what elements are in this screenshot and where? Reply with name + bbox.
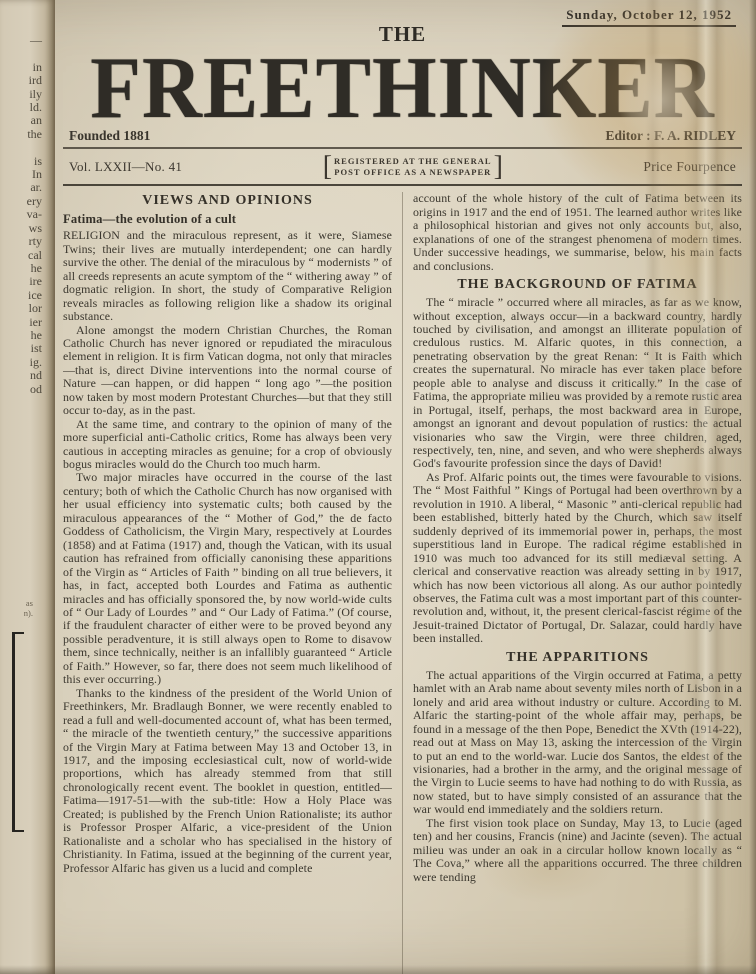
bracket-close: ] bbox=[494, 156, 503, 178]
margin-text-fragments-lower: as n). bbox=[5, 598, 33, 618]
masthead-title: FREETHINKER bbox=[63, 45, 742, 131]
issue-date: Sunday, October 12, 1952 bbox=[562, 7, 736, 27]
volume-number: Vol. LXXII—No. 41 bbox=[69, 159, 182, 175]
article-columns: VIEWS AND OPINIONS Fatima—the evolution … bbox=[63, 186, 742, 974]
volume-price-row: Vol. LXXII—No. 41 [ REGISTERED AT THE GE… bbox=[63, 149, 742, 184]
page-content: Sunday, October 12, 1952 THE FREETHINKER… bbox=[55, 0, 756, 974]
price-label: Price Fourpence bbox=[643, 159, 736, 175]
registration-line-1: REGISTERED AT THE GENERAL bbox=[334, 156, 492, 167]
paragraph: Thanks to the kindness of the president … bbox=[63, 687, 392, 875]
margin-text-fragments: — in ird ily ld. an the is In ar. ery va… bbox=[4, 34, 42, 396]
paragraph: The “ miracle ” occurred where all mirac… bbox=[413, 296, 742, 471]
margin-bracket-mark bbox=[12, 632, 24, 832]
header-rule-top bbox=[63, 147, 742, 149]
binding-margin: — in ird ily ld. an the is In ar. ery va… bbox=[0, 0, 55, 974]
paragraph: The first vision took place on Sunday, M… bbox=[413, 817, 742, 884]
column-right: account of the whole history of the cult… bbox=[403, 192, 742, 974]
paragraph: Alone amongst the modern Christian Churc… bbox=[63, 324, 392, 418]
section-heading-background: THE BACKGROUND OF FATIMA bbox=[413, 277, 742, 293]
paragraph: Two major miracles have occurred in the … bbox=[63, 471, 392, 686]
registration-line-2: POST OFFICE AS A NEWSPAPER bbox=[334, 167, 492, 178]
column-left: VIEWS AND OPINIONS Fatima—the evolution … bbox=[63, 192, 403, 974]
article-subheading: Fatima—the evolution of a cult bbox=[63, 212, 392, 227]
paragraph: account of the whole history of the cult… bbox=[413, 192, 742, 273]
paragraph: The actual apparitions of the Virgin occ… bbox=[413, 669, 742, 817]
registration-text: REGISTERED AT THE GENERAL POST OFFICE AS… bbox=[334, 156, 492, 178]
section-heading-apparitions: THE APPARITIONS bbox=[413, 650, 742, 666]
newspaper-page: — in ird ily ld. an the is In ar. ery va… bbox=[0, 0, 756, 974]
paragraph: RELIGION and the miraculous represent, a… bbox=[63, 229, 392, 323]
paragraph: As Prof. Alfaric points out, the times w… bbox=[413, 471, 742, 646]
header-rule-bottom bbox=[63, 184, 742, 186]
bracket-open: [ bbox=[323, 156, 332, 178]
registration-box: [ REGISTERED AT THE GENERAL POST OFFICE … bbox=[323, 156, 503, 178]
paragraph: At the same time, and contrary to the op… bbox=[63, 418, 392, 472]
section-heading-views: VIEWS AND OPINIONS bbox=[63, 193, 392, 209]
